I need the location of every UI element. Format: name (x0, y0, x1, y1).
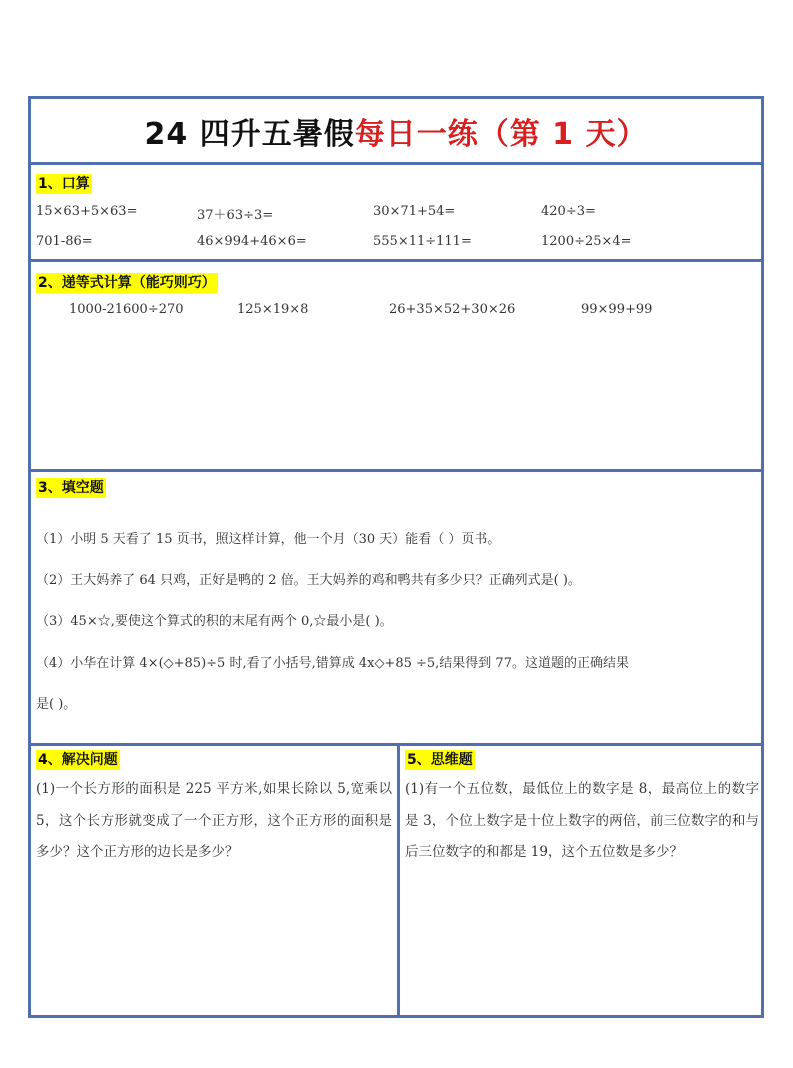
title-red-part: 每日一练（第 1 天） (355, 109, 648, 153)
stepwise-item: 125×19×8 (237, 302, 308, 317)
fill-blank-question: （2）王大妈养了 64 只鸡，正好是鸭的 2 倍。王大妈养的鸡和鸭共有多少只？正… (36, 569, 581, 588)
section-label-problem: 4、解决问题 (36, 750, 120, 770)
stepwise-item: 26+35×52+30×26 (389, 302, 515, 317)
fill-blank-question-cont: 是( )。 (36, 693, 76, 712)
oral-item: 420÷3= (541, 204, 596, 219)
oral-item: 701-86= (36, 234, 93, 249)
oral-item: 30×71+54= (373, 204, 455, 219)
fill-blank-question: （1）小明 5 天看了 15 页书，照这样计算，他一个月（30 天）能看（ ）页… (36, 528, 500, 547)
thinking-question: (1)有一个五位数，最低位上的数字是 8，最高位上的数字是 3，个位上数字是十位… (405, 774, 759, 869)
fill-blank-question: （4）小华在计算 4×(◇+85)÷5 时,看了小括号,错算成 4x◇+85 ÷… (36, 652, 629, 671)
section-label-thinking: 5、思维题 (405, 750, 475, 770)
title-black-part: 24 四升五暑假 (145, 109, 355, 153)
stepwise-item: 99×99+99 (581, 302, 652, 317)
oral-item: 37＋63÷3= (197, 204, 273, 223)
oral-item: 555×11÷111= (373, 234, 472, 249)
oral-item: 1200÷25×4= (541, 234, 632, 249)
column-divider (397, 743, 400, 1015)
section-label-oral: 1、口算 (36, 174, 92, 194)
oral-item: 15×63+5×63= (36, 204, 137, 219)
divider (31, 743, 761, 746)
oral-item: 46×994+46×6= (197, 234, 307, 249)
worksheet-table: 24 四升五暑假每日一练（第 1 天） 1、口算 15×63+5×63= 37＋… (28, 96, 764, 1018)
section-stepwise: 2、递等式计算（能巧则巧） 1000-21600÷270 125×19×8 26… (31, 262, 761, 469)
page-title: 24 四升五暑假每日一练（第 1 天） (31, 99, 761, 162)
problem-question: (1)一个长方形的面积是 225 平方米,如果长除以 5,宽乘以 5，这个长方形… (36, 774, 392, 869)
section-oral: 1、口算 15×63+5×63= 37＋63÷3= 30×71+54= 420÷… (31, 165, 761, 259)
section-fill-blank: 3、填空题 （1）小明 5 天看了 15 页书，照这样计算，他一个月（30 天）… (31, 472, 761, 743)
fill-blank-question: （3）45×☆,要使这个算式的积的末尾有两个 0,☆最小是( )。 (36, 610, 393, 629)
stepwise-item: 1000-21600÷270 (69, 302, 184, 317)
section-problem: 4、解决问题 (1)一个长方形的面积是 225 平方米,如果长除以 5,宽乘以 … (36, 749, 392, 869)
section-label-stepwise: 2、递等式计算（能巧则巧） (36, 273, 218, 293)
section-label-fill-blank: 3、填空题 (36, 478, 106, 498)
section-thinking: 5、思维题 (1)有一个五位数，最低位上的数字是 8，最高位上的数字是 3，个位… (405, 749, 759, 869)
